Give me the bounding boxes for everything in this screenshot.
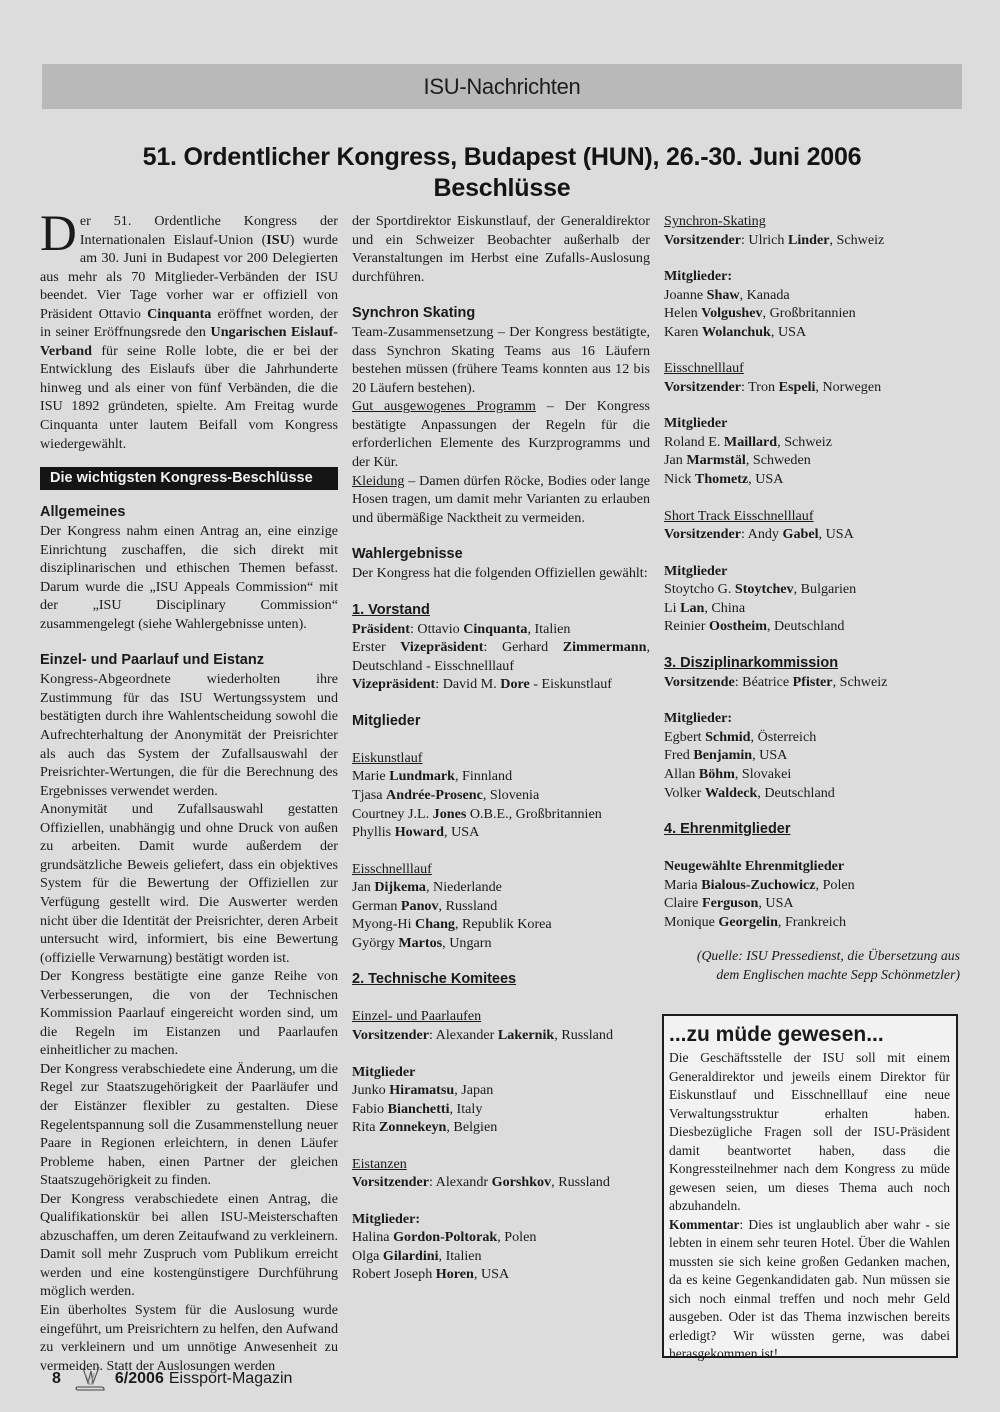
list-item: György Martos, Ungarn bbox=[352, 934, 650, 953]
chair-short-track: Vorsitzender: Andy Gabel, USA bbox=[664, 525, 960, 544]
sidebar-box-zu-muede: ...zu müde gewesen... Die Geschäftsstell… bbox=[662, 1014, 958, 1358]
list-item: Egbert Schmid, Österreich bbox=[664, 728, 960, 747]
magazine-name: Eissport-Magazin bbox=[169, 1370, 293, 1388]
list-disz-members: Egbert Schmid, ÖsterreichFred Benjamin, … bbox=[664, 728, 960, 802]
list-item: Tjasa Andrée-Prosenc, Slovenia bbox=[352, 786, 650, 805]
list-item: Roland E. Maillard, Schweiz bbox=[664, 433, 960, 452]
label-short-mitglieder: Mitglieder bbox=[664, 562, 960, 581]
label-disz-mitglieder: Mitglieder: bbox=[664, 709, 960, 728]
list-item: Allan Böhm, Slovakei bbox=[664, 765, 960, 784]
section-header-bar: ISU-Nachrichten bbox=[42, 64, 962, 109]
heading-wahlergebnisse: Wahlergebnisse bbox=[352, 545, 650, 564]
list-item: Rita Zonnekeyn, Belgien bbox=[352, 1118, 650, 1137]
box-comment: Kommentar: Dies ist unglaublich aber wah… bbox=[669, 1216, 950, 1364]
list-item: Olga Gilardini, Italien bbox=[352, 1247, 650, 1266]
chair-synchron: Vorsitzender: Ulrich Linder, Schweiz bbox=[664, 231, 960, 250]
column-2: der Sportdirektor Eiskunstlauf, der Gene… bbox=[352, 212, 650, 1284]
list-item: Jan Dijkema, Niederlande bbox=[352, 878, 650, 897]
vorstand-president: Präsident: Ottavio Cinquanta, Italien bbox=[352, 620, 650, 639]
label-synchron-mitglieder: Mitglieder: bbox=[664, 267, 960, 286]
list-item: Maria Bialous-Zuchowicz, Polen bbox=[664, 876, 960, 895]
heading-mitglieder: Mitglieder bbox=[352, 712, 650, 731]
source-note: (Quelle: ISU Pressedienst, die Übersetzu… bbox=[664, 947, 960, 984]
einzel-paragraphs: Kongress-Abgeordnete wiederholten ihre Z… bbox=[40, 670, 338, 1375]
list-item: Nick Thometz, USA bbox=[664, 470, 960, 489]
allgemeines-text: Der Kongress nahm einen Antrag an, eine … bbox=[40, 522, 338, 633]
label-eistanz-mitglieder: Mitglieder: bbox=[352, 1210, 650, 1229]
synchron-item: Team-Zusammensetzung – Der Kongress best… bbox=[352, 323, 650, 397]
synchron-item: Gut ausgewogenes Programm – Der Kongress… bbox=[352, 397, 650, 471]
intro-text: er 51. Ordentliche Kongress der Internat… bbox=[40, 213, 338, 452]
synchron-item: Kleidung – Damen dürfen Röcke, Bodies od… bbox=[352, 472, 650, 528]
column-3: Synchron-Skating Vorsitzender: Ulrich Li… bbox=[664, 212, 960, 984]
drop-cap: D bbox=[40, 214, 77, 254]
heading-ehrenmitglieder: 4. Ehrenmitglieder bbox=[664, 820, 960, 839]
list-item: Myong-Hi Chang, Republik Korea bbox=[352, 915, 650, 934]
list-item: German Panov, Russland bbox=[352, 897, 650, 916]
list-item: Karen Wolanchuk, USA bbox=[664, 323, 960, 342]
list-ehren-members: Maria Bialous-Zuchowicz, PolenClaire Fer… bbox=[664, 876, 960, 932]
page-footer: 8 6/2006 Eissport-Magazin bbox=[52, 1365, 292, 1393]
list-item: Monique Georgelin, Frankreich bbox=[664, 913, 960, 932]
title-line-1: 51. Ordentlicher Kongress, Budapest (HUN… bbox=[40, 142, 964, 173]
list-item: Volker Waldeck, Deutschland bbox=[664, 784, 960, 803]
title-line-2: Beschlüsse bbox=[40, 173, 964, 204]
list-item: Robert Joseph Horen, USA bbox=[352, 1265, 650, 1284]
label-eistanzen: Eistanzen bbox=[352, 1155, 650, 1174]
label-short-track: Short Track Eisschnelllauf bbox=[664, 507, 960, 526]
chair-speed: Vorsitzender: Tron Espeli, Norwegen bbox=[664, 378, 960, 397]
list-synchron-members: Joanne Shaw, KanadaHelen Volgushev, Groß… bbox=[664, 286, 960, 342]
list-item: Li Lan, China bbox=[664, 599, 960, 618]
list-item: Phyllis Howard, USA bbox=[352, 823, 650, 842]
list-short-members: Stoytcho G. Stoytchev, BulgarienLi Lan, … bbox=[664, 580, 960, 636]
label-eiskunstlauf: Eiskunstlauf bbox=[352, 749, 650, 768]
paragraph: Kongress-Abgeordnete wiederholten ihre Z… bbox=[40, 670, 338, 800]
list-item: Fred Benjamin, USA bbox=[664, 746, 960, 765]
article-title: 51. Ordentlicher Kongress, Budapest (HUN… bbox=[40, 142, 964, 204]
paragraph: Der Kongress verabschiedete einen Antrag… bbox=[40, 1190, 338, 1301]
skate-logo-icon bbox=[73, 1365, 107, 1393]
wahl-text: Der Kongress hat die folgenden Offiziell… bbox=[352, 564, 650, 583]
column-1: Der 51. Ordentliche Kongress der Interna… bbox=[40, 212, 338, 1375]
list-item: Reinier Oostheim, Deutschland bbox=[664, 617, 960, 636]
heading-einzel-paarlauf: Einzel- und Paarlauf und Eistanz bbox=[40, 651, 338, 670]
paragraph: Der Kongress bestätigte eine ganze Reihe… bbox=[40, 967, 338, 1060]
heading-synchron-skating: Synchron Skating bbox=[352, 304, 650, 323]
label-einzel-mitglieder: Mitglieder bbox=[352, 1063, 650, 1082]
intro-paragraph: Der 51. Ordentliche Kongress der Interna… bbox=[40, 212, 338, 453]
label-synchron-skating: Synchron-Skating bbox=[664, 212, 960, 231]
list-eistanz-members: Halina Gordon-Poltorak, PolenOlga Gilard… bbox=[352, 1228, 650, 1284]
list-item: Joanne Shaw, Kanada bbox=[664, 286, 960, 305]
box-text: Die Geschäftsstelle der ISU soll mit ein… bbox=[669, 1049, 950, 1216]
heading-disziplinarkommission: 3. Disziplinarkommission bbox=[664, 654, 960, 673]
heading-allgemeines: Allgemeines bbox=[40, 503, 338, 522]
paragraph: Anonymität und Zufallsauswahl gestatten … bbox=[40, 800, 338, 967]
label-speed-mitglieder: Mitglieder bbox=[664, 414, 960, 433]
list-item: Halina Gordon-Poltorak, Polen bbox=[352, 1228, 650, 1247]
chair-einzel: Vorsitzender: Alexander Lakernik, Russla… bbox=[352, 1026, 650, 1045]
vorstand-vice: Vizepräsident: David M. Dore - Eiskunstl… bbox=[352, 675, 650, 694]
list-eisschnelllauf: Jan Dijkema, NiederlandeGerman Panov, Ru… bbox=[352, 878, 650, 952]
label-eisschnelllauf: Eisschnelllauf bbox=[352, 860, 650, 879]
list-item: Courtney J.L. Jones O.B.E., Großbritanni… bbox=[352, 805, 650, 824]
list-item: Marie Lundmark, Finnland bbox=[352, 767, 650, 786]
section-title: ISU-Nachrichten bbox=[424, 74, 581, 100]
chair-eistanz: Vorsitzender: Alexandr Gorshkov, Russlan… bbox=[352, 1173, 650, 1192]
list-item: Claire Ferguson, USA bbox=[664, 894, 960, 913]
heading-technische-komitees: 2. Technische Komitees bbox=[352, 970, 650, 989]
label-einzel-paarlaufen: Einzel- und Paarlaufen bbox=[352, 1007, 650, 1026]
label-ehren-sub: Neugewählte Ehrenmitglieder bbox=[664, 857, 960, 876]
list-item: Stoytcho G. Stoytchev, Bulgarien bbox=[664, 580, 960, 599]
synchron-items: Team-Zusammensetzung – Der Kongress best… bbox=[352, 323, 650, 527]
issue-number: 6/2006 bbox=[115, 1370, 164, 1388]
chair-disziplinar: Vorsitzende: Béatrice Pfister, Schweiz bbox=[664, 673, 960, 692]
page-number: 8 bbox=[52, 1370, 61, 1388]
box-title: ...zu müde gewesen... bbox=[669, 1022, 950, 1048]
list-item: Helen Volgushev, Großbritannien bbox=[664, 304, 960, 323]
heading-vorstand: 1. Vorstand bbox=[352, 601, 650, 620]
list-speed-members: Roland E. Maillard, SchweizJan Marmstäl,… bbox=[664, 433, 960, 489]
key-decisions-banner: Die wichtigsten Kongress-Beschlüsse bbox=[40, 467, 338, 490]
continuation-text: der Sportdirektor Eiskunstlauf, der Gene… bbox=[352, 212, 650, 286]
list-item: Junko Hiramatsu, Japan bbox=[352, 1081, 650, 1100]
label-speed: Eisschnelllauf bbox=[664, 359, 960, 378]
list-item: Jan Marmstäl, Schweden bbox=[664, 451, 960, 470]
vorstand-first-vice: Erster Vizepräsident: Gerhard Zimmermann… bbox=[352, 638, 650, 675]
list-einzel-members: Junko Hiramatsu, JapanFabio Bianchetti, … bbox=[352, 1081, 650, 1137]
list-eiskunstlauf: Marie Lundmark, FinnlandTjasa Andrée-Pro… bbox=[352, 767, 650, 841]
list-item: Fabio Bianchetti, Italy bbox=[352, 1100, 650, 1119]
paragraph: Der Kongress verabschiedete eine Änderun… bbox=[40, 1060, 338, 1190]
